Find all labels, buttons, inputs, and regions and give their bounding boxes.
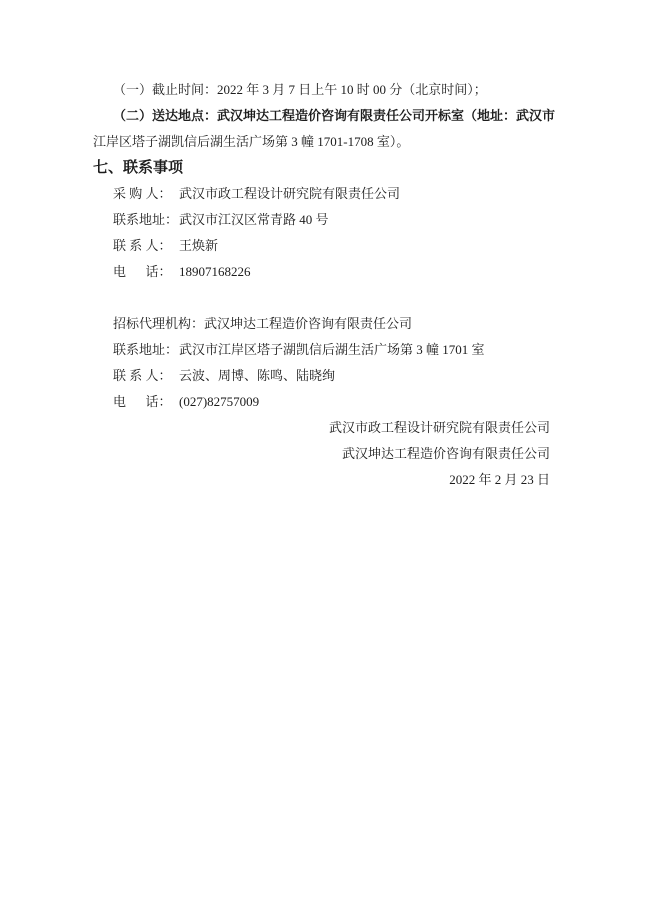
signature-purchaser-company: 武汉市政工程设计研究院有限责任公司 [93, 415, 550, 441]
deadline-paragraph: （一）截止时间：2022 年 3 月 7 日上午 10 时 00 分（北京时间）… [93, 77, 565, 103]
purchaser-address-row: 联系地址：武汉市江汉区常青路 40 号 [93, 207, 565, 233]
blank-line [93, 285, 565, 311]
purchaser-contact-person-row: 联 系 人：王焕新 [93, 233, 565, 259]
purchaser-address-value: 武汉市江汉区常青路 40 号 [179, 212, 329, 227]
purchaser-phone-label: 电 话： [113, 259, 179, 285]
agency-address-row: 联系地址：武汉市江岸区塔子湖凯信后湖生活广场第 3 幢 1701 室 [93, 337, 565, 363]
agency-address-label: 联系地址： [113, 337, 179, 363]
agency-phone-label: 电 话： [113, 389, 179, 415]
purchaser-phone-value: 18907168226 [179, 264, 251, 279]
agency-address-value: 武汉市江岸区塔子湖凯信后湖生活广场第 3 幢 1701 室 [179, 342, 485, 357]
agency-contact-person-row: 联 系 人：云波、周博、陈鸣、陆晓绚 [93, 363, 565, 389]
agency-contact-person-label: 联 系 人： [113, 363, 179, 389]
document-content: （一）截止时间：2022 年 3 月 7 日上午 10 时 00 分（北京时间）… [93, 77, 565, 493]
purchaser-name-row: 采 购 人：武汉市政工程设计研究院有限责任公司 [93, 181, 565, 207]
purchaser-name-value: 武汉市政工程设计研究院有限责任公司 [179, 186, 400, 201]
agency-name-value: 武汉坤达工程造价咨询有限责任公司 [204, 316, 412, 331]
agency-phone-row: 电 话：(027)82757009 [93, 389, 565, 415]
purchaser-name-label: 采 购 人： [113, 181, 179, 207]
delivery-paragraph-line1: （二）送达地点：武汉坤达工程造价咨询有限责任公司开标室（地址：武汉市 [93, 103, 565, 129]
delivery-paragraph-line2: 江岸区塔子湖凯信后湖生活广场第 3 幢 1701-1708 室）。 [93, 129, 565, 155]
purchaser-phone-row: 电 话：18907168226 [93, 259, 565, 285]
purchaser-contact-person-label: 联 系 人： [113, 233, 179, 259]
document-page: （一）截止时间：2022 年 3 月 7 日上午 10 时 00 分（北京时间）… [0, 0, 650, 919]
agency-phone-value: (027)82757009 [179, 394, 259, 409]
agency-name-label: 招标代理机构： [113, 311, 204, 337]
section-heading-contact-matters: 七、联系事项 [93, 155, 565, 181]
signature-agency-company: 武汉坤达工程造价咨询有限责任公司 [93, 441, 550, 467]
agency-contact-person-value: 云波、周博、陈鸣、陆晓绚 [179, 368, 335, 383]
purchaser-address-label: 联系地址： [113, 207, 179, 233]
agency-name-row: 招标代理机构：武汉坤达工程造价咨询有限责任公司 [93, 311, 565, 337]
document-date: 2022 年 2 月 23 日 [93, 467, 550, 493]
signature-block: 武汉市政工程设计研究院有限责任公司 武汉坤达工程造价咨询有限责任公司 2022 … [93, 415, 565, 493]
purchaser-contact-person-value: 王焕新 [179, 238, 218, 253]
